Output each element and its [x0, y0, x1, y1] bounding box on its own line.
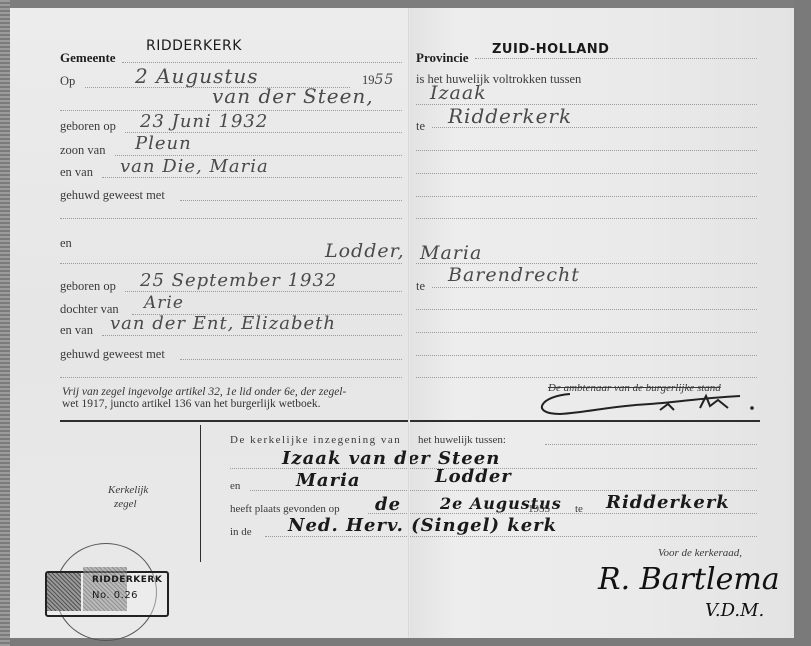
bride-birth-label: geboren op	[60, 279, 116, 294]
bride-birthplace: Barendrecht	[448, 264, 580, 286]
bride-mother-label: en van	[60, 323, 93, 338]
church-section-vertical-rule	[200, 425, 201, 562]
op-label: Op	[60, 74, 75, 89]
church-place: Ridderkerk	[606, 492, 730, 513]
church-place-label: te	[575, 503, 583, 515]
groom-birth-date: 23 Juni 1932	[140, 111, 268, 132]
gemeente-label: Gemeente	[60, 50, 116, 66]
bride-birth-date: 25 September 1932	[140, 270, 337, 291]
right-line-4	[416, 218, 757, 219]
provincie-line	[475, 58, 757, 59]
groom-prev-married-label: gehuwd geweest met	[60, 188, 165, 203]
right-line-8	[416, 377, 757, 378]
bride-surname: Lodder,	[325, 240, 405, 262]
right-line-5	[416, 309, 757, 310]
marriage-booklet: RIDDERKERK Gemeente Op 2 Augustus 1955 v…	[0, 0, 811, 646]
bride-prev-married-line	[180, 359, 402, 360]
bride-surname-line	[60, 263, 402, 264]
church-intro-right: het huwelijk tussen:	[418, 434, 506, 446]
bride-father: Arie	[144, 293, 184, 313]
groom-surname: van der Steen,	[212, 84, 374, 108]
revenue-stamp-image-2	[83, 567, 127, 611]
section-divider	[60, 420, 760, 422]
and-label: en	[60, 236, 72, 251]
bride-firstname: Maria	[420, 242, 482, 264]
church-name-line	[265, 536, 757, 537]
right-line-7	[416, 355, 757, 356]
provincie-stamp: ZUID-HOLLAND	[492, 42, 609, 57]
provincie-label: Provincie	[416, 50, 468, 66]
bride-birthplace-line	[432, 287, 757, 288]
bride-birthplace-label: te	[416, 279, 425, 294]
groom-birthplace: Ridderkerk	[448, 104, 572, 128]
church-bride-firstname: Maria	[296, 470, 361, 491]
revenue-stamp-image	[47, 573, 81, 611]
church-date-day: de	[375, 494, 401, 515]
year-suffix: 55	[375, 72, 395, 88]
church-intro-line	[545, 444, 757, 445]
right-line-2	[416, 173, 757, 174]
groom-father: Pleun	[135, 133, 192, 154]
groom-father-label: zoon van	[60, 143, 105, 158]
church-name: Ned. Herv. (Singel) kerk	[288, 515, 557, 536]
stamp-number: No. 0.26	[92, 590, 138, 601]
bride-extra-line	[60, 377, 402, 378]
bride-prev-married-label: gehuwd geweest met	[60, 347, 165, 362]
groom-birthplace-label: te	[416, 119, 425, 134]
council-label: Voor de kerkeraad,	[658, 547, 742, 559]
groom-mother-line	[102, 177, 402, 178]
booklet-frame-left	[0, 0, 10, 646]
legal-note-line2: wet 1917, juncto artikel 136 van het bur…	[62, 398, 346, 410]
church-date-year: 1955	[528, 503, 550, 515]
council-title: V.D.M.	[705, 600, 764, 621]
groom-extra-line	[60, 218, 402, 219]
church-bride-surname: Lodder	[435, 466, 512, 487]
right-line-1	[416, 150, 757, 151]
seal-label-line1: Kerkelijk	[108, 484, 148, 496]
stamp-town: RIDDERKERK	[92, 575, 162, 585]
official-signature-icon	[530, 388, 760, 422]
groom-firstname: Izaak	[430, 82, 487, 104]
bride-mother: van der Ent, Elizabeth	[110, 313, 336, 334]
legal-note-line1: Vrij van zegel ingevolge artikel 32, 1e …	[62, 386, 346, 398]
right-line-6	[416, 332, 757, 333]
took-place-label: heeft plaats gevonden op	[230, 503, 340, 515]
groom-prev-married-line	[180, 200, 402, 201]
church-and-label: en	[230, 480, 240, 492]
gemeente-stamp: RIDDERKERK	[146, 38, 242, 54]
seal-label-line2: zegel	[114, 498, 137, 510]
legal-note: Vrij van zegel ingevolge artikel 32, 1e …	[62, 386, 346, 410]
gemeente-line	[122, 62, 402, 63]
church-intro-left: De kerkelijke inzegening van	[230, 434, 401, 446]
bride-mother-line	[102, 335, 402, 336]
groom-birth-label: geboren op	[60, 119, 116, 134]
booklet-frame-right	[794, 0, 811, 646]
right-line-3	[416, 196, 757, 197]
groom-mother-label: en van	[60, 165, 93, 180]
took-place-line	[368, 513, 757, 514]
groom-mother: van Die, Maria	[120, 156, 269, 177]
bride-birth-line	[125, 291, 402, 292]
center-fold	[408, 8, 410, 638]
in-de-label: in de	[230, 526, 252, 538]
council-signature: R. Bartlema	[598, 562, 780, 597]
